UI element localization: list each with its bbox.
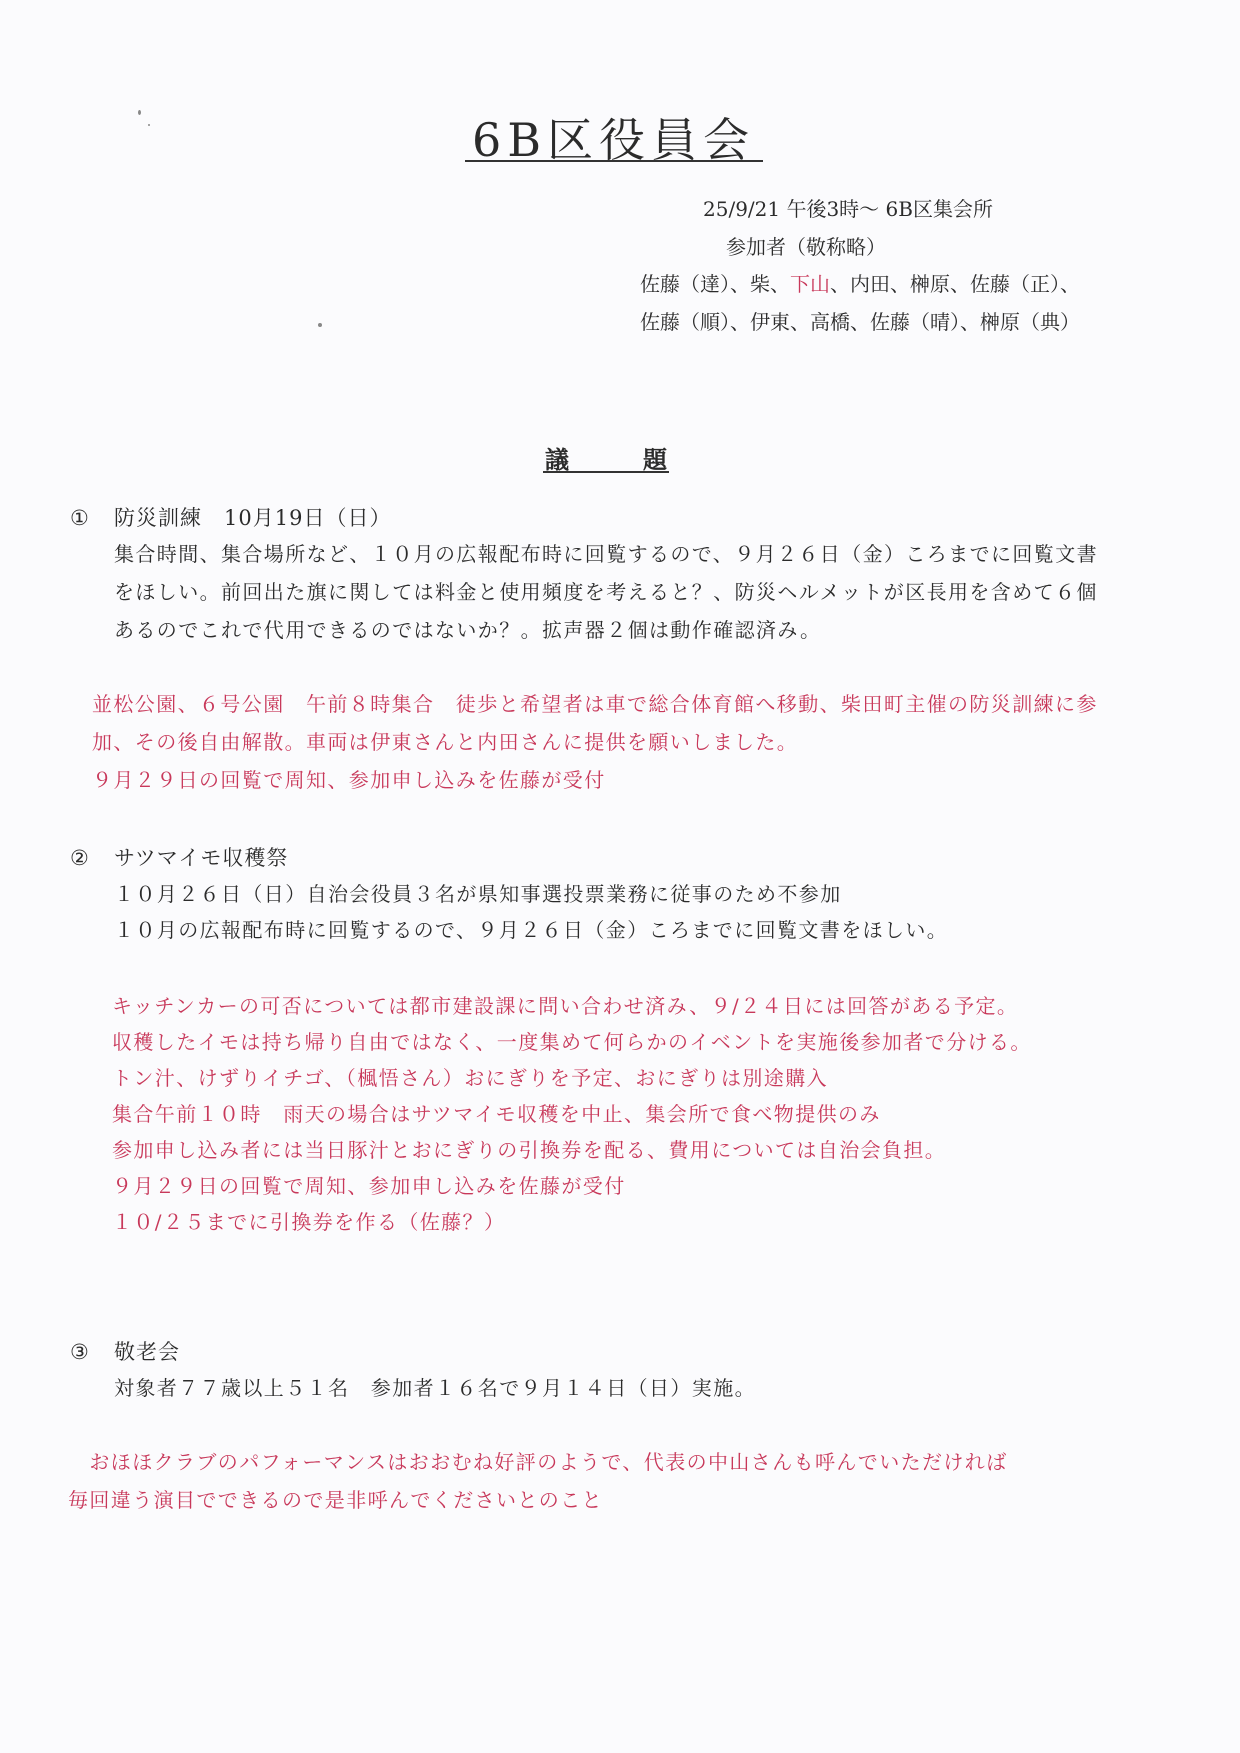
meeting-info: 25/9/21 午後3時～ 6B区集会所 [703, 193, 993, 222]
section-2-body-line: １０月２６日（日）自治会役員３名が県知事選投票業務に従事のため不参加 [114, 878, 842, 907]
section-1-note-line: 加、その後自由解散。車両は伊東さんと内田さんに提供を願いしました。 [92, 726, 798, 755]
section-2-body-line: １０月の広報配布時に回覧するので、９月２６日（金）ころまでに回覧文書をほしい。 [114, 914, 948, 943]
attendees-label: 参加者（敬称略） [726, 231, 886, 260]
section-1-note-line: ９月２９日の回覧で周知、参加申し込みを佐藤が受付 [92, 764, 606, 793]
section-2-heading: ②サツマイモ収穫祭 [70, 842, 288, 872]
agenda-heading-left: 議 [545, 440, 571, 475]
section-1-heading: ①防災訓練 10月19日（日） [70, 502, 391, 532]
section-number: ② [70, 846, 114, 870]
attendees-names: 佐藤（達）、柴、 [640, 272, 790, 296]
section-3-note-line: おほほクラブのパフォーマンスはおおむね好評のようで、代表の中山さんも呼んでいただ… [68, 1446, 1008, 1475]
attendees-line-1: 佐藤（達）、柴、下山、内田、榊原、佐藤（正）、 [640, 268, 1080, 297]
section-3-body-line: 対象者７７歳以上５１名 参加者１６名で９月１４日（日）実施。 [114, 1372, 756, 1401]
scan-speck [318, 323, 322, 327]
section-title: 敬老会 [114, 1340, 180, 1364]
section-2-note-line: 参加申し込み者には当日豚汁とおにぎりの引換券を配る、費用については自治会負担。 [112, 1134, 946, 1163]
section-3-heading: ③敬老会 [70, 1336, 180, 1366]
section-2-note-line: トン汁、けずりイチゴ、（楓悟さん）おにぎりを予定、おにぎりは別途購入 [112, 1062, 828, 1091]
scan-speck [148, 124, 150, 126]
section-3-note-line: 毎回違う演目でできるので是非呼んでくださいとのこと [68, 1484, 603, 1513]
section-number: ① [70, 506, 114, 530]
attendee-highlight: 下山 [790, 272, 830, 296]
section-2-note-line: 収穫したイモは持ち帰り自由ではなく、一度集めて何らかのイベントを実施後参加者で分… [112, 1026, 1032, 1055]
section-1-note-line: 並松公園、６号公園 午前８時集合 徒歩と希望者は車で総合体育館へ移動、柴田町主催… [92, 688, 1098, 717]
section-number: ③ [70, 1340, 114, 1364]
section-2-note-line: キッチンカーの可否については都市建設課に問い合わせ済み、９/２４日には回答がある… [112, 990, 1018, 1019]
section-title: 防災訓練 10月19日（日） [114, 506, 391, 530]
section-2-note-line: １０/２５までに引換券を作る（佐藤？） [112, 1206, 505, 1235]
section-title: サツマイモ収穫祭 [114, 846, 288, 870]
attendees-names: 、内田、榊原、佐藤（正）、 [830, 272, 1080, 296]
section-1-body-line: あるのでこれで代用できるのではないか？。拡声器２個は動作確認済み。 [114, 614, 821, 643]
section-2-note-line: 集合午前１０時 雨天の場合はサツマイモ収穫を中止、集会所で食べ物提供のみ [112, 1098, 881, 1127]
section-1-body-line: 集合時間、集合場所など、１０月の広報配布時に回覧するので、９月２６日（金）ころま… [114, 538, 1098, 567]
section-2-note-line: ９月２９日の回覧で周知、参加申し込みを佐藤が受付 [112, 1170, 626, 1199]
title-underline [465, 160, 763, 162]
section-1-body-line: をほしい。前回出た旗に関しては料金と使用頻度を考えると？、防災ヘルメットが区長用… [114, 576, 1098, 605]
agenda-heading-right: 題 [643, 440, 669, 475]
scan-speck [138, 110, 141, 115]
agenda-underline [543, 471, 669, 473]
attendees-line-2: 佐藤（順）、伊東、高橋、佐藤（晴）、榊原（典） [640, 306, 1080, 335]
agenda-heading: 議題 [545, 440, 669, 475]
